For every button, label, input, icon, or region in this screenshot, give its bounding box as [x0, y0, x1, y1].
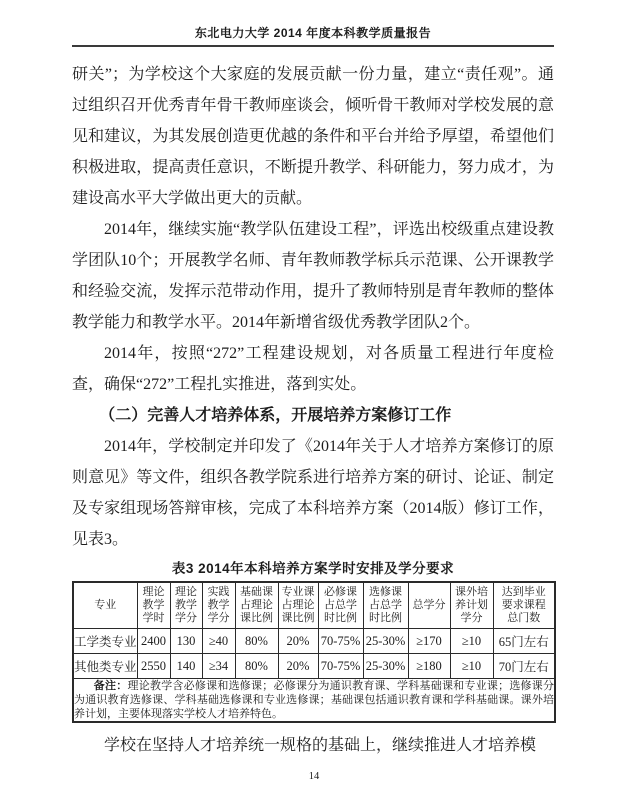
table-cell: ≥170	[408, 629, 450, 654]
table-cell: 70-75%	[318, 654, 363, 679]
col-header-theory-credits: 理论 教学 学分	[170, 582, 202, 629]
table-cell: 25-30%	[363, 629, 408, 654]
table-caption: 表3 2014年本科培养方案学时安排及学分要求	[72, 560, 554, 578]
col-header-theory-hours: 理论 教学 学时	[137, 582, 170, 629]
table-cell: 70门左右	[493, 654, 555, 679]
table-cell: 80%	[235, 654, 278, 679]
table-cell: 130	[170, 629, 202, 654]
table-row-engineering: 工学类专业 2400 130 ≥40 80% 20% 70-75% 25-30%…	[73, 629, 555, 654]
table-row-other: 其他类专业 2550 140 ≥34 80% 20% 70-75% 25-30%…	[73, 654, 555, 679]
table-cell: 2550	[137, 654, 170, 679]
paragraph-teaching-teams: 2014年，继续实施“教学队伍建设工程”，评选出校级重点建设教学团队10个；开展…	[72, 214, 554, 338]
col-header-extracurricular-credits: 课外培 养计划 学分	[450, 582, 493, 629]
col-header-basic-ratio: 基础课 占理论 课比例	[235, 582, 278, 629]
col-header-major-ratio: 专业课 占理论 课比例	[278, 582, 318, 629]
table-cell: 70-75%	[318, 629, 363, 654]
header-rule	[72, 45, 554, 47]
table-cell: 65门左右	[493, 629, 555, 654]
paragraph-closing: 学校在坚持人才培养统一规格的基础上，继续推进人才培养模	[72, 730, 554, 761]
table-note-row: 备注：理论教学含必修课和选修课；必修课分为通识教育课、学科基础课和专业课；选修课…	[73, 679, 555, 723]
curriculum-table: 专业 理论 教学 学时 理论 教学 学分 实践 教学 学分 基础课 占理论 课比…	[72, 581, 556, 723]
table-cell: 2400	[137, 629, 170, 654]
note-label: 备注：	[94, 680, 128, 692]
table-cell: ≥10	[450, 629, 493, 654]
table-cell: 140	[170, 654, 202, 679]
document-page: 东北电力大学 2014 年度本科教学质量报告 研关”；为学校这个大家庭的发展贡献…	[0, 0, 628, 812]
col-header-total-credits: 总学分	[408, 582, 450, 629]
table-cell: ≥40	[202, 629, 235, 654]
paragraph-272-project: 2014年，按照“272”工程建设规划，对各质量工程进行年度检查，确保“272”…	[72, 338, 554, 400]
col-header-course-count: 达到毕业 要求课程 总门数	[493, 582, 555, 629]
col-header-required-ratio: 必修课 占总学 时比例	[318, 582, 363, 629]
table-cell: 20%	[278, 654, 318, 679]
table-cell: 25-30%	[363, 654, 408, 679]
table-cell: ≥34	[202, 654, 235, 679]
col-header-practice-credits: 实践 教学 学分	[202, 582, 235, 629]
table-cell: 20%	[278, 629, 318, 654]
paragraph-plan-revision: 2014年，学校制定并印发了《2014年关于人才培养方案修订的原则意见》等文件，…	[72, 431, 554, 555]
col-header-major: 专业	[73, 582, 137, 629]
running-header-title: 东北电力大学 2014 年度本科教学质量报告	[72, 26, 554, 40]
paragraph-continuation: 研关”；为学校这个大家庭的发展贡献一份力量，建立“责任观”。通过组织召开优秀青年…	[72, 59, 554, 214]
table-cell: 工学类专业	[73, 629, 137, 654]
note-text: 理论教学含必修课和选修课；必修课分为通识教育课、学科基础课和专业课；选修课分为通…	[74, 680, 554, 720]
table-cell: ≥10	[450, 654, 493, 679]
table-note: 备注：理论教学含必修课和选修课；必修课分为通识教育课、学科基础课和专业课；选修课…	[74, 679, 554, 721]
table-header-row: 专业 理论 教学 学时 理论 教学 学分 实践 教学 学分 基础课 占理论 课比…	[73, 582, 555, 629]
table-cell: 80%	[235, 629, 278, 654]
table-cell: ≥180	[408, 654, 450, 679]
page-number: 14	[0, 771, 628, 782]
section-heading: （二）完善人才培养体系，开展培养方案修订工作	[72, 400, 554, 431]
table-cell: 其他类专业	[73, 654, 137, 679]
col-header-elective-ratio: 选修课 占总学 时比例	[363, 582, 408, 629]
